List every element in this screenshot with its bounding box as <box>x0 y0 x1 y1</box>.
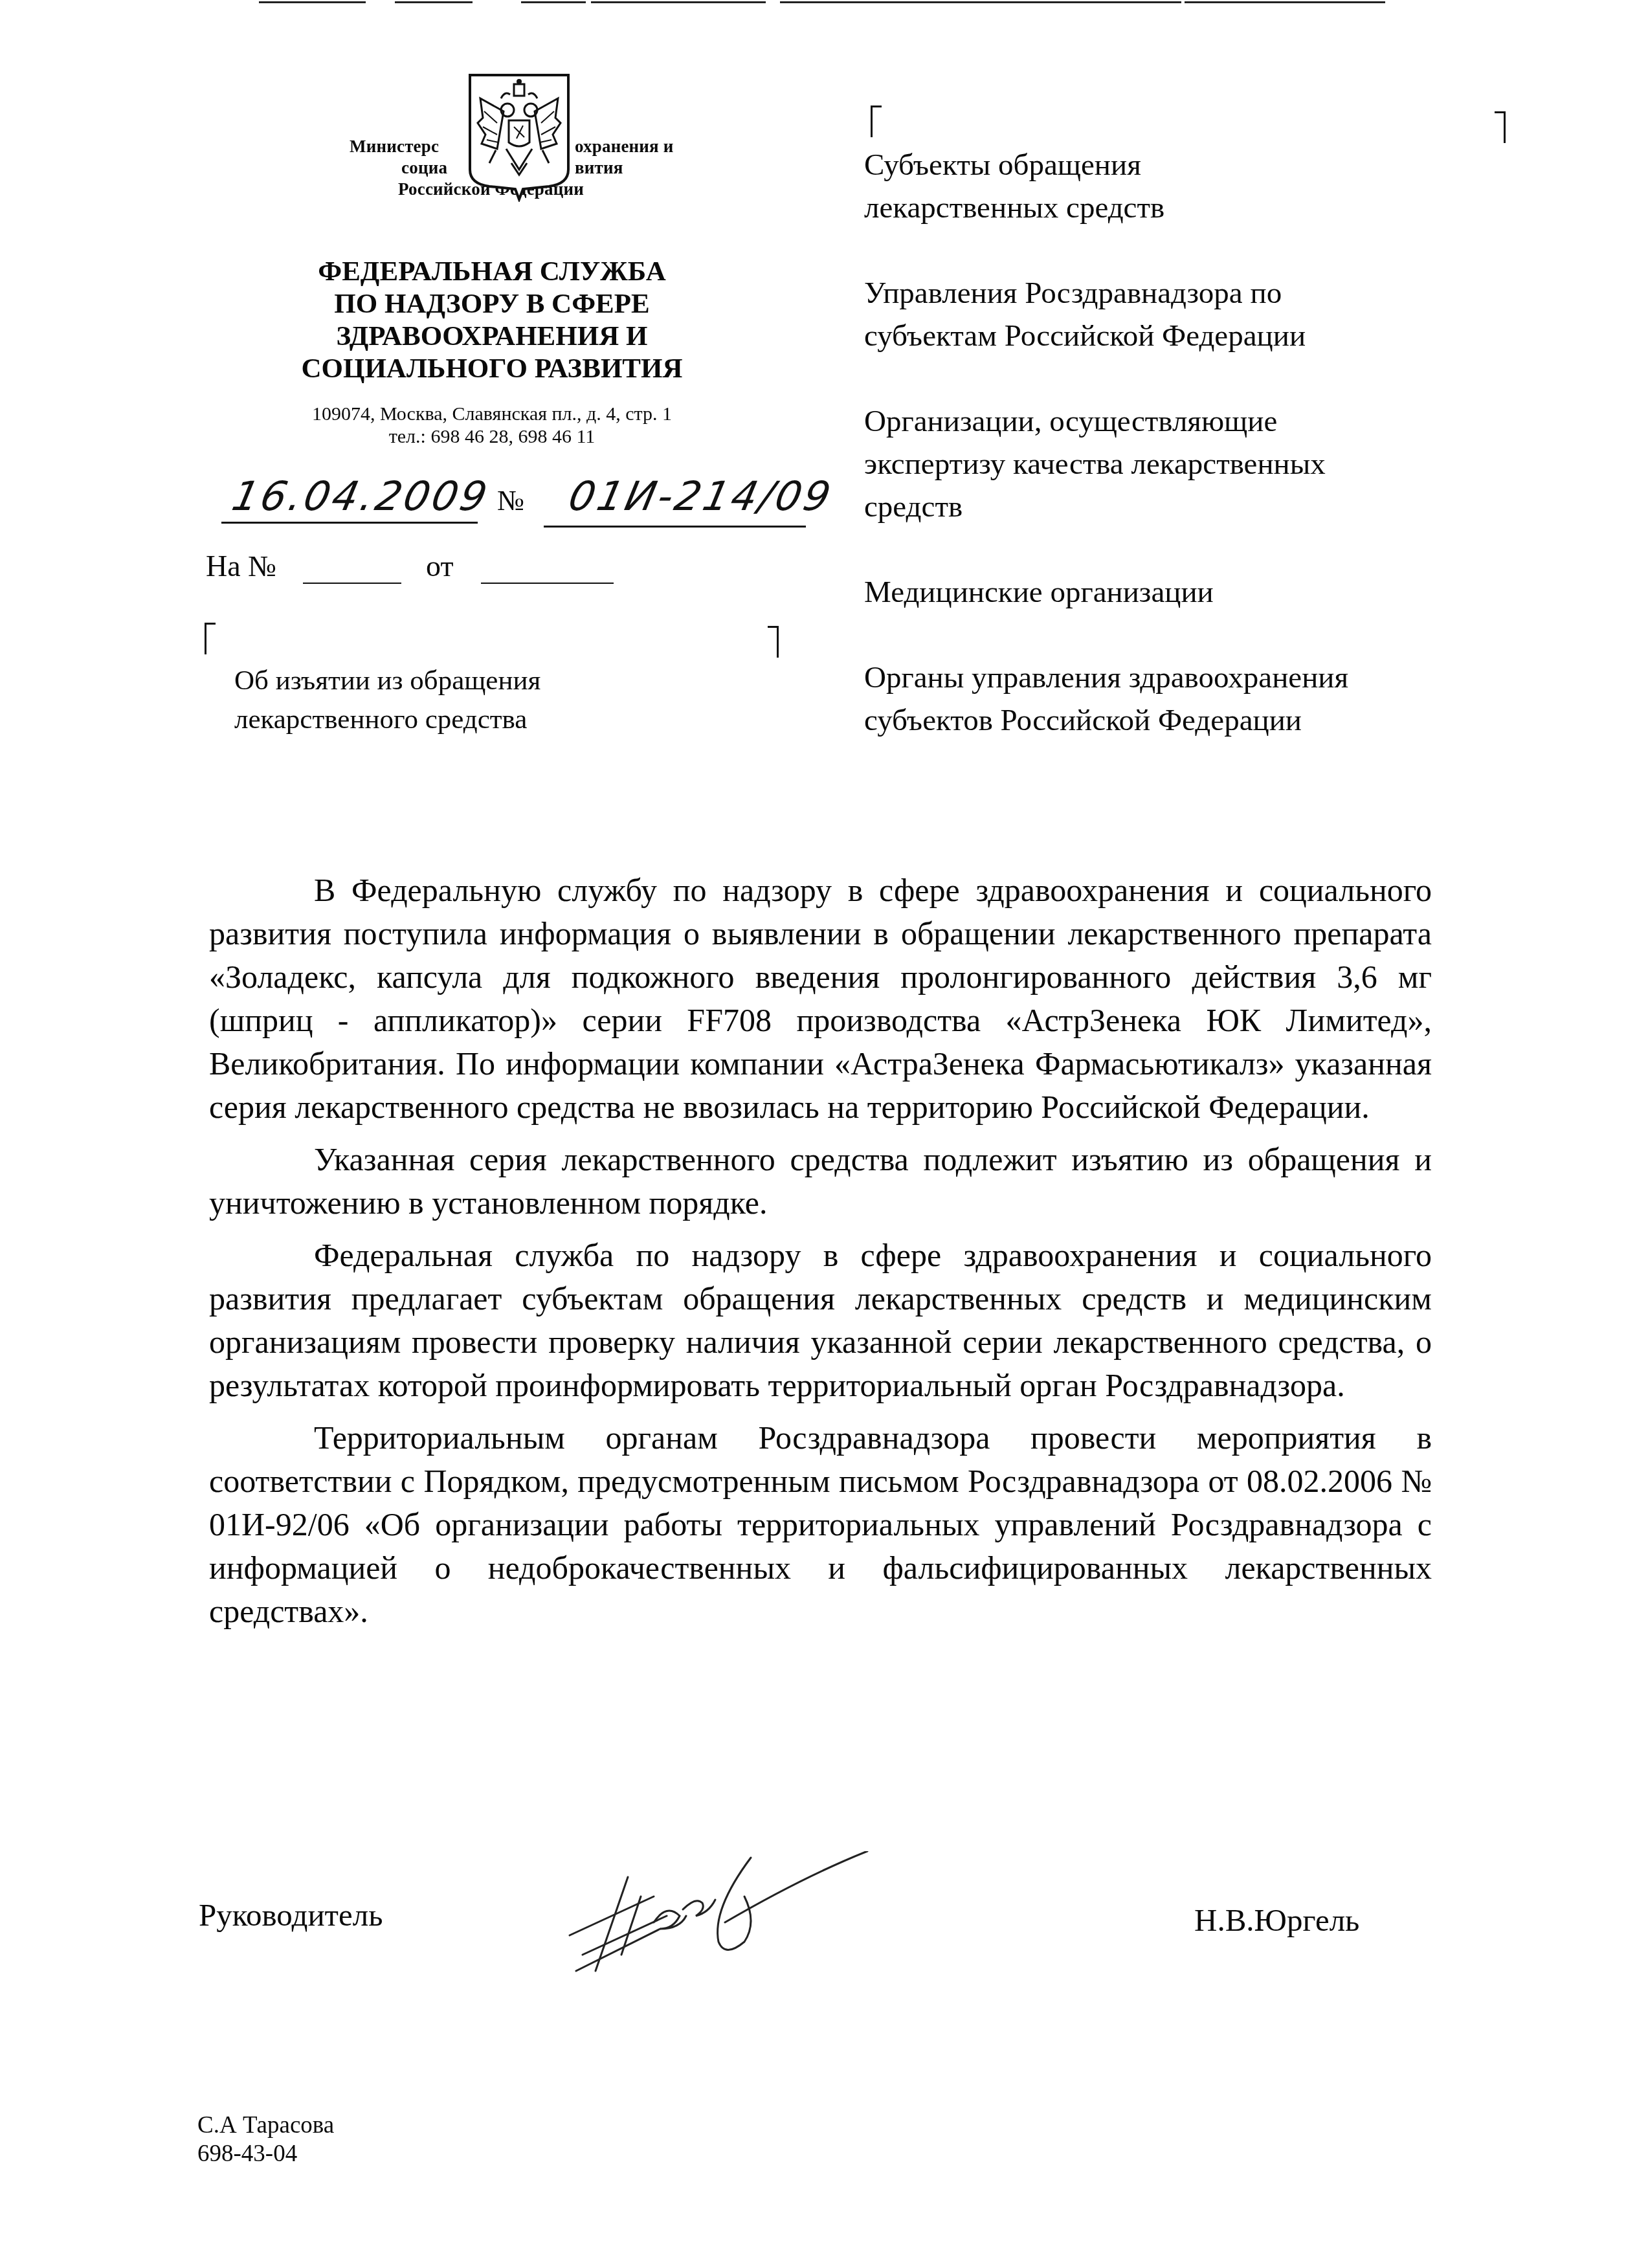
subject-bracket-left <box>205 623 216 654</box>
date-underline <box>221 522 478 524</box>
scan-artifact-line <box>395 1 473 3</box>
ministry-line-1-left: Министерс <box>350 136 439 157</box>
letter-body: В Федеральную службу по надзору в сфере … <box>209 869 1432 1633</box>
recipient-line: Органы управления здравоохранения <box>864 656 1498 699</box>
registration-date: 16.04.2009 <box>228 472 494 520</box>
service-title-line: СОЦИАЛЬНОГО РАЗВИТИЯ <box>214 353 770 385</box>
recipient-line: средств <box>864 485 1498 528</box>
recipient-line: лекарственных средств <box>864 186 1498 229</box>
letter-subject: Об изъятии из обращения лекарственного с… <box>234 661 540 739</box>
recipient-line: субъектов Российской Федерации <box>864 699 1498 742</box>
executor-name: С.А Тарасова <box>197 2111 334 2140</box>
number-underline <box>544 526 806 528</box>
registration-number: 01И-214/09 <box>564 472 837 520</box>
recipient-line: экспертизу качества лекарственных <box>864 443 1498 485</box>
body-paragraph: В Федеральную службу по надзору в сфере … <box>209 869 1432 1129</box>
reply-number-underline <box>303 583 401 584</box>
ministry-line-2-right: вития <box>575 157 623 179</box>
recipient-line: Медицинские организации <box>864 571 1498 614</box>
ministry-line-1-right: охранения и <box>575 136 674 157</box>
phone-numbers: тел.: 698 46 28, 698 46 11 <box>214 425 770 448</box>
ministry-line-2-left: социа <box>401 157 447 179</box>
recipient-item: Организации, осуществляющие экспертизу к… <box>864 400 1498 528</box>
reply-number-field <box>304 549 401 579</box>
recipients-list: Субъекты обращения лекарственных средств… <box>864 144 1498 784</box>
service-address: 109074, Москва, Славянская пл., д. 4, ст… <box>214 403 770 448</box>
scan-artifact-line <box>591 1 766 3</box>
coat-of-arms-icon <box>467 72 571 202</box>
postal-address: 109074, Москва, Славянская пл., д. 4, ст… <box>214 403 770 425</box>
service-title: ФЕДЕРАЛЬНАЯ СЛУЖБА ПО НАДЗОРУ В СФЕРЕ ЗД… <box>214 256 770 385</box>
executor-phone: 698-43-04 <box>197 2140 334 2168</box>
handwritten-signature-icon <box>557 1851 919 1974</box>
body-paragraph: Указанная серия лекарственного средства … <box>209 1138 1432 1225</box>
service-title-line: ФЕДЕРАЛЬНАЯ СЛУЖБА <box>214 256 770 288</box>
registration-line: 16.04.2009 № 01И-214/09 <box>207 472 816 531</box>
recipient-item: Медицинские организации <box>864 571 1498 614</box>
scan-artifact-line <box>521 1 586 3</box>
reply-date-underline <box>481 583 614 584</box>
reply-reference-line: На № от <box>206 549 814 594</box>
recipients-bracket-right <box>1495 111 1506 143</box>
subject-line: лекарственного средства <box>234 700 540 739</box>
recipient-line: Управления Росздравнадзора по <box>864 272 1498 315</box>
body-paragraph: Территориальным органам Росздравнадзора … <box>209 1416 1432 1633</box>
recipient-item: Управления Росздравнадзора по субъектам … <box>864 272 1498 357</box>
number-sign: № <box>497 484 524 517</box>
executor-info: С.А Тарасова 698-43-04 <box>197 2111 334 2168</box>
scan-artifact-line <box>780 1 1181 3</box>
recipient-line: Субъекты обращения <box>864 144 1498 186</box>
signatory-role: Руководитель <box>199 1896 383 1933</box>
recipients-bracket-left <box>871 106 882 137</box>
recipient-item: Субъекты обращения лекарственных средств <box>864 144 1498 229</box>
recipient-item: Органы управления здравоохранения субъек… <box>864 656 1498 742</box>
service-title-line: ПО НАДЗОРУ В СФЕРЕ <box>214 288 770 320</box>
recipient-line: субъектам Российской Федерации <box>864 315 1498 357</box>
scan-artifact-line <box>1185 1 1385 3</box>
body-paragraph: Федеральная служба по надзору в сфере зд… <box>209 1234 1432 1407</box>
recipient-line: Организации, осуществляющие <box>864 400 1498 443</box>
signatory-name: Н.В.Юргель <box>1194 1902 1359 1939</box>
reply-number-label: На № <box>206 549 276 583</box>
reply-date-label: от <box>426 549 454 583</box>
scan-artifact-line <box>259 1 366 3</box>
reply-date-field <box>481 549 614 579</box>
subject-bracket-right <box>768 626 779 658</box>
service-title-line: ЗДРАВООХРАНЕНИЯ И <box>214 320 770 353</box>
subject-line: Об изъятии из обращения <box>234 661 540 700</box>
